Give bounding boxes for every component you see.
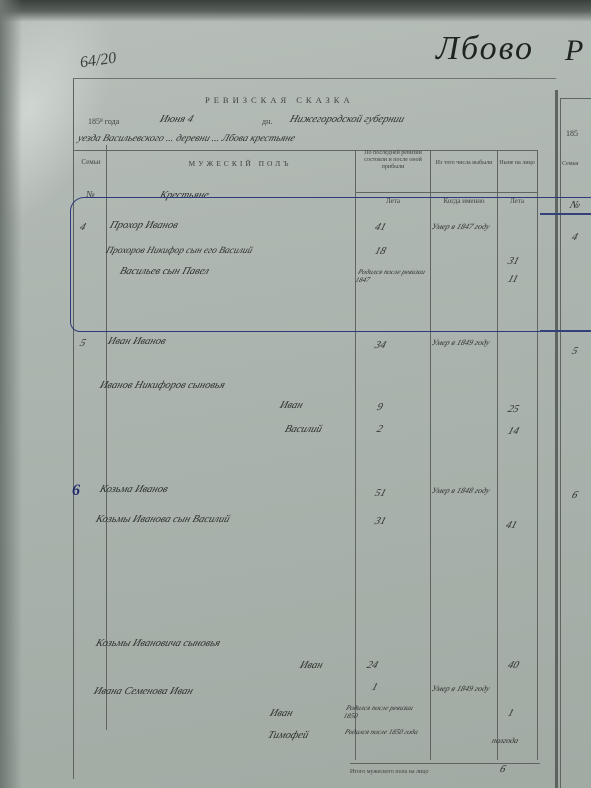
row-name: Ивана Семенова Иван [92,686,194,697]
row-name: Иван Иванов [106,336,167,347]
header-line-2: уезда Васильевского ... деревни ... Лбов… [76,133,296,144]
blue-line-bottom-ext [540,330,591,332]
village-heading-continued: Р [565,34,583,68]
top-shadow [0,0,591,22]
right-page-family-label: Семьи [562,160,578,168]
header-province: Нижегородской губернии [288,114,406,125]
col-header-departed: Из того числа выбыли [432,160,496,167]
footer-line [350,763,540,764]
row-age-prev: Родился после 1850 года [344,728,427,736]
row-departed: Умер в 1849 году [431,338,492,347]
col-header-family: Семьи [76,158,106,166]
family-6-marker: 6 [72,482,80,500]
header-top-line [73,150,537,151]
row-name: Козьма Иванов [98,484,169,495]
row-name: Прохор Иванов [108,220,179,231]
village-heading: Лбово [436,30,534,68]
header-day-label: дн. [262,118,272,126]
footer-total-label: Итого мужеского пола на лицо [350,768,500,776]
row-age-prev: Родился после ревизии 1850 [342,704,427,720]
form-title: РЕВИЗСКАЯ СКАЗКА [205,95,354,105]
page-fold [555,90,558,788]
row-age-now: полгода [491,736,520,745]
row-name: Тимофей [266,730,310,741]
row-name: Иван [268,708,294,719]
header-year: 185⁸ года [88,118,119,126]
col-header-now: Ныне на лицо [498,160,536,167]
row-name: Прохоров Никифор сын его Василий [104,246,253,256]
row-name: Иван [278,400,304,411]
row-departed: Умер в 1849 году [431,684,492,693]
row-departed: Умер в 1848 году [431,486,492,495]
col-header-prev-census: По последней ревизии состояли и после он… [357,150,429,171]
row-name: Васильев сын Павел [118,266,210,277]
col-header-male: МУЖЕСКІЙ ПОЛЪ [150,160,330,168]
right-page-year: 185 [566,130,578,138]
row-name: Козьмы Ивановича сыновья [94,638,221,649]
row-age-prev: Родился после ревизии 1847 [354,268,429,284]
row-name: Козьмы Иванова сын Василий [94,514,231,525]
row-name: Василий [283,424,323,435]
row-name: Иван [298,660,324,671]
header-sub-line [355,192,537,193]
row-departed: Умер в 1847 году [431,222,492,231]
header-month-day: Июня 4 [158,114,195,125]
blue-line-top-ext [540,213,591,215]
left-edge-shadow [0,0,22,788]
row-name: Иванов Никифоров сыновья [98,380,226,391]
